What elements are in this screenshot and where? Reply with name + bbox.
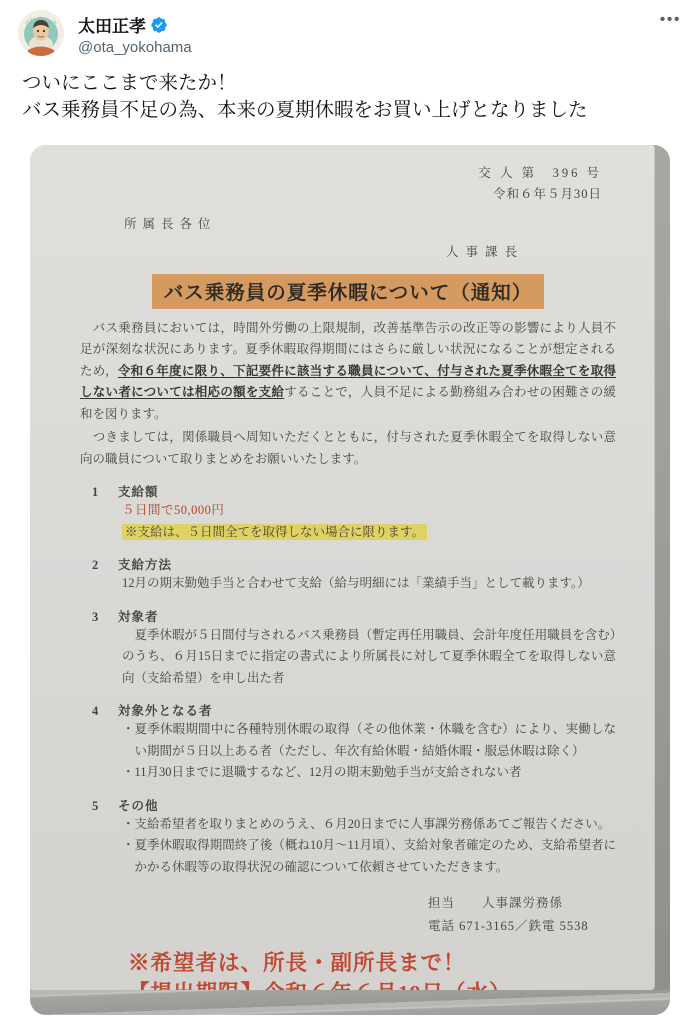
document-date: 令和６年５月30日 xyxy=(80,184,602,205)
tweet-text-line2: バス乗務員不足の為、本来の夏期休暇をお買い上げとなりました xyxy=(22,97,672,124)
section-payment-method: 2支給方法 12月の期末勤勉手当と合わせて支給（給与明細には「業績手当」として載… xyxy=(80,555,616,595)
document-footer-notice: ※希望者は、所長・副所長まで！ 【提出期限】令和６年６月19日（水） xyxy=(128,948,616,990)
section-bullet: ・夏季休暇期間中に各種特別休暇の取得（その他休業・休職を含む）により、実働しない… xyxy=(122,719,616,762)
section-heading: 対象者 xyxy=(118,610,159,624)
document-paragraph-1: バス乗務員においては，時間外労働の上限規制，改善基準告示の改正等の影響により人員… xyxy=(80,318,616,426)
section-number: 3 xyxy=(92,610,118,625)
section-other: 5その他 ・支給希望者を取りまとめのうえ、６月20日までに人事課労務係あてご報告… xyxy=(80,796,616,879)
document-number: 交 人 第 396 号 xyxy=(80,163,602,184)
document-sender: 人事課長 xyxy=(80,242,524,260)
section-heading: その他 xyxy=(118,799,159,813)
document-title: バス乗務員の夏季休暇について（通知） xyxy=(80,274,616,309)
tweet-photo[interactable]: 交 人 第 396 号 令和６年５月30日 所属長各位 人事課長 バス乗務員の夏… xyxy=(30,145,670,1015)
section-bullet: ・夏季休暇取得期間終了後（概ね10月～11月頃）、支給対象者確定のため、支給希望… xyxy=(122,835,616,878)
document-paragraph-2: つきましては，関係職員へ周知いただくとともに，付与された夏季休暇全てを取得しない… xyxy=(80,427,616,470)
payment-condition-highlight: ※支給は、５日間全てを取得しない場合に限ります。 xyxy=(122,524,427,540)
user-handle[interactable]: @ota_yokohama xyxy=(78,39,192,56)
section-number: 5 xyxy=(92,799,118,814)
payment-amount-text: ５日間で50,000円 xyxy=(122,500,616,522)
section-heading: 支給額 xyxy=(118,485,159,499)
document-addressee: 所属長各位 xyxy=(124,214,616,232)
section-bullet: ・支給希望者を取りまとめのうえ、６月20日までに人事課労務係あてご報告ください。 xyxy=(122,814,616,836)
verified-badge-icon xyxy=(150,16,168,34)
section-body: 12月の期末勤勉手当と合わせて支給（給与明細には「業績手当」として載ります。） xyxy=(122,573,616,595)
section-number: 1 xyxy=(92,485,118,500)
section-number: 4 xyxy=(92,704,118,719)
section-excluded-persons: 4対象外となる者 ・夏季休暇期間中に各種特別休暇の取得（その他休業・休職を含む）… xyxy=(80,701,616,784)
document-title-highlight: バス乗務員の夏季休暇について（通知） xyxy=(152,274,545,309)
contact-department: 担当 人事課労務係 xyxy=(428,892,616,915)
avatar-cartoon-image xyxy=(18,10,64,56)
user-info: 太田正孝 @ota_yokohama xyxy=(78,12,192,56)
section-bullet: ・11月30日までに退職するなど、12月の期末勤勉手当が支給されない者 xyxy=(122,762,616,784)
more-menu-button[interactable]: ••• xyxy=(660,12,681,28)
document-contact: 担当 人事課労務係 電話 671-3165／鉄電 5538 xyxy=(428,892,616,938)
document-header-right: 交 人 第 396 号 令和６年５月30日 xyxy=(80,163,602,206)
footer-notice-line1: ※希望者は、所長・副所長まで！ xyxy=(128,948,616,978)
document-paper: 交 人 第 396 号 令和６年５月30日 所属長各位 人事課長 バス乗務員の夏… xyxy=(30,145,655,990)
contact-phone: 電話 671-3165／鉄電 5538 xyxy=(428,915,616,938)
display-name[interactable]: 太田正孝 xyxy=(78,12,146,37)
paper-stack-edge xyxy=(30,990,670,1015)
section-number: 2 xyxy=(92,558,118,573)
section-body: 夏季休暇が５日間付与されるバス乗務員（暫定再任用職員、会計年度任用職員を含む）の… xyxy=(122,625,616,690)
avatar[interactable] xyxy=(18,10,64,56)
footer-notice-line2: 【提出期限】令和６年６月19日（水） xyxy=(128,978,616,990)
section-heading: 対象外となる者 xyxy=(118,704,213,718)
section-eligible-persons: 3対象者 夏季休暇が５日間付与されるバス乗務員（暫定再任用職員、会計年度任用職員… xyxy=(80,607,616,690)
section-heading: 支給方法 xyxy=(118,558,172,572)
section-payment-amount: 1支給額 ５日間で50,000円 ※支給は、５日間全てを取得しない場合に限ります… xyxy=(80,482,616,543)
tweet-text-line1: ついにここまで来たか！ xyxy=(22,70,672,97)
tweet-text: ついにここまで来たか！ バス乗務員不足の為、本来の夏期休暇をお買い上げとなりまし… xyxy=(22,70,672,125)
